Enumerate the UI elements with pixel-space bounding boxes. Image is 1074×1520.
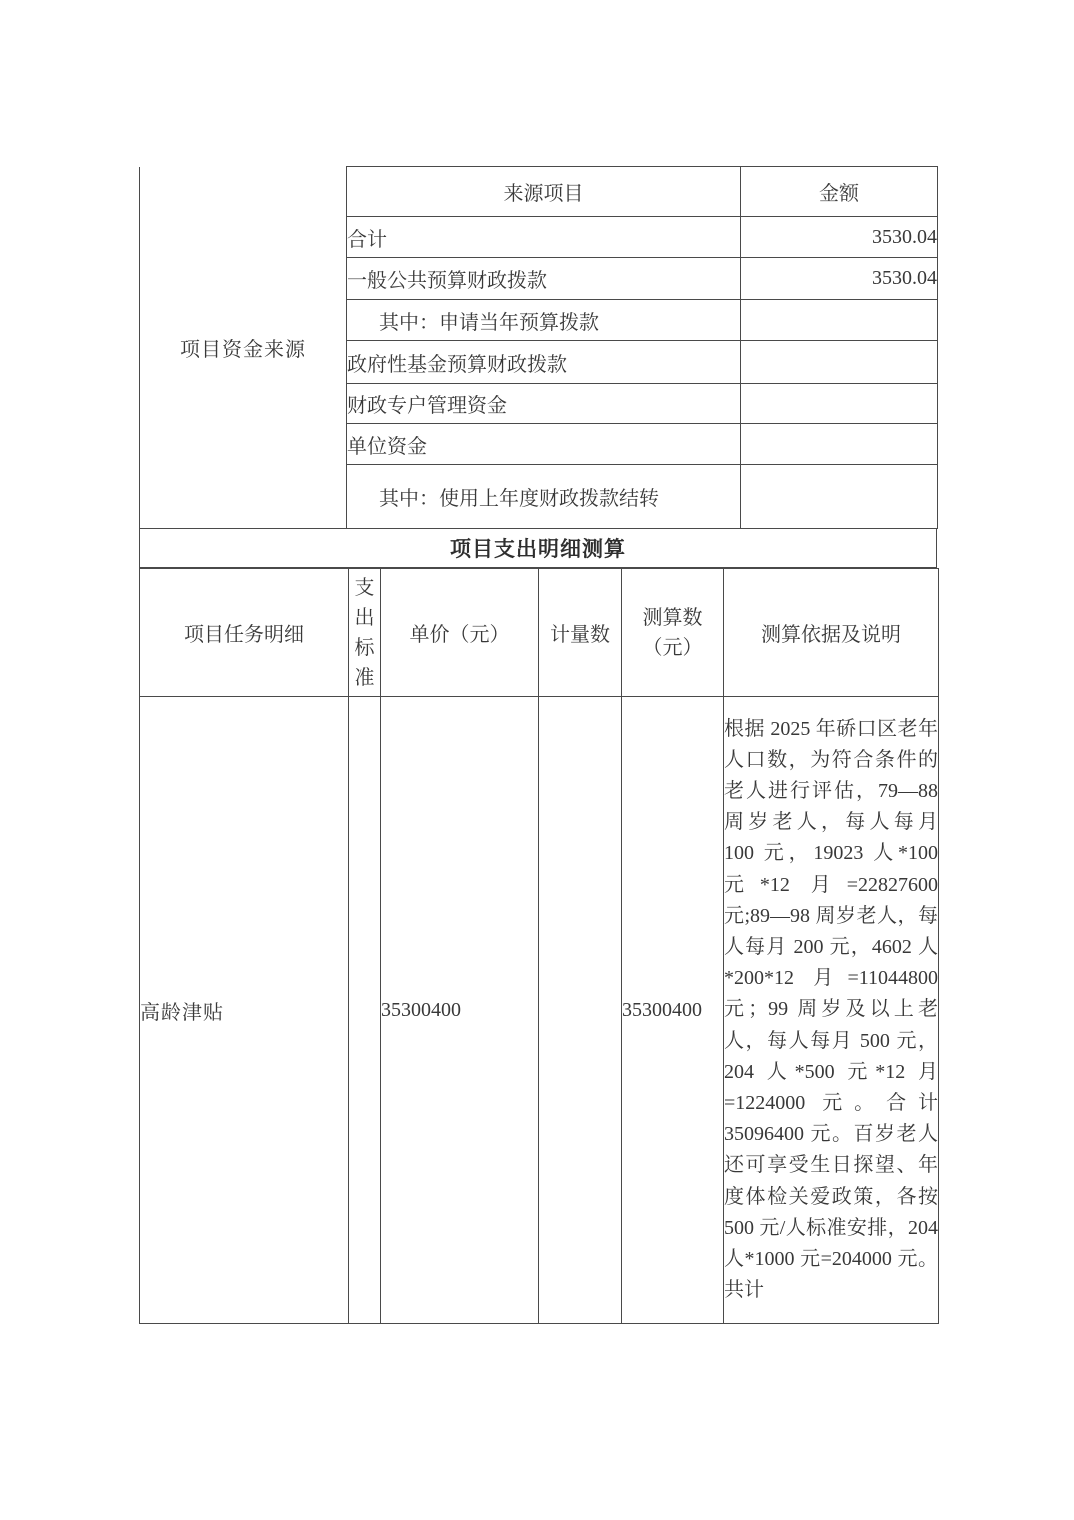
- funding-label-carryover: 其中：使用上年度财政拨款结转: [347, 465, 741, 529]
- funding-amount-total: 3530.04: [741, 217, 938, 258]
- detail-header-task: 项目任务明细: [140, 569, 349, 697]
- funding-amount-general-budget: 3530.04: [741, 258, 938, 300]
- funding-label-unit-fund: 单位资金: [347, 424, 741, 465]
- detail-unit-price-cell: 35300400: [381, 697, 539, 1324]
- detail-task-cell: 高龄津贴: [140, 697, 349, 1324]
- funding-amount-unit-fund: [741, 424, 938, 465]
- detail-standard-cell: [349, 697, 381, 1324]
- detail-header-row: 项目任务明细 支出标准 单价（元） 计量数 测算数（元） 测算依据及说明: [140, 569, 939, 697]
- detail-header-unit-price: 单价（元）: [381, 569, 539, 697]
- funding-label-current-year: 其中：申请当年预算拨款: [347, 300, 741, 341]
- expenditure-detail-table: 项目任务明细 支出标准 单价（元） 计量数 测算数（元） 测算依据及说明 高龄津…: [139, 568, 939, 1324]
- funding-header-amount: 金额: [741, 167, 938, 217]
- funding-label-general-budget: 一般公共预算财政拨款: [347, 258, 741, 300]
- detail-header-calculated: 测算数（元）: [622, 569, 724, 697]
- funding-label-special-account: 财政专户管理资金: [347, 384, 741, 424]
- detail-header-quantity: 计量数: [539, 569, 622, 697]
- funding-sources-table: 项目资金来源 来源项目 金额 合计 3530.04 一般公共预算财政拨款 353…: [139, 166, 938, 529]
- detail-header-calculated-text: 测算数（元）: [640, 603, 706, 663]
- detail-basis-cell: 根据 2025 年硚口区老年人口数，为符合条件的老人进行评估，79—88 周岁老…: [724, 697, 939, 1324]
- funding-amount-current-year: [741, 300, 938, 341]
- funding-label-total: 合计: [347, 217, 741, 258]
- detail-row-elderly-allowance: 高龄津贴 35300400 35300400 根据 2025 年硚口区老年人口数…: [140, 697, 939, 1324]
- funding-amount-special-account: [741, 384, 938, 424]
- section-title: 项目支出明细测算: [450, 533, 626, 563]
- budget-document-page: 项目资金来源 来源项目 金额 合计 3530.04 一般公共预算财政拨款 353…: [0, 0, 1074, 1520]
- funding-amount-carryover: [741, 465, 938, 529]
- funding-header-source: 来源项目: [347, 167, 741, 217]
- detail-header-standard-text: 支出标准: [354, 573, 375, 693]
- funding-amount-gov-fund: [741, 341, 938, 384]
- detail-header-basis: 测算依据及说明: [724, 569, 939, 697]
- funding-header-row: 项目资金来源 来源项目 金额: [140, 167, 938, 217]
- funding-label-gov-fund: 政府性基金预算财政拨款: [347, 341, 741, 384]
- section-title-band: 项目支出明细测算: [139, 528, 937, 568]
- detail-calculated-cell: 35300400: [622, 697, 724, 1324]
- funding-category-cell: 项目资金来源: [140, 167, 347, 529]
- detail-quantity-cell: [539, 697, 622, 1324]
- detail-header-standard: 支出标准: [349, 569, 381, 697]
